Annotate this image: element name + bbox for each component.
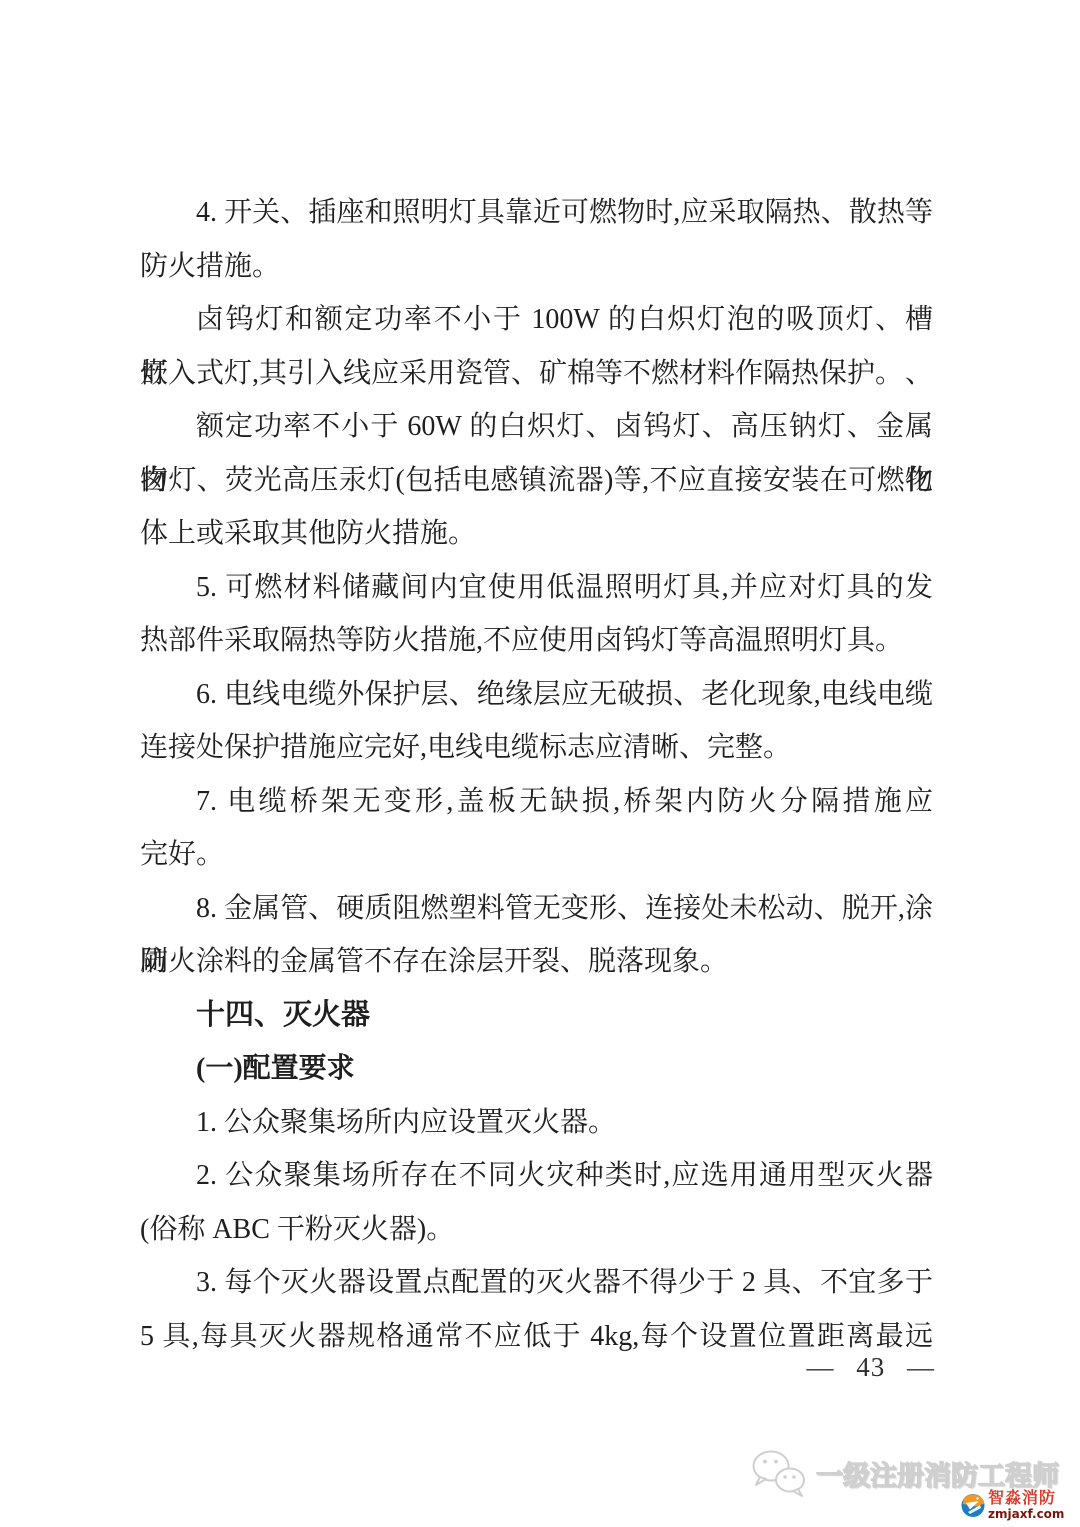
text-line: 7. 电缆桥架无变形,盖板无缺损,桥架内防火分隔措施应 bbox=[140, 775, 933, 829]
text-line: 嵌入式灯,其引入线应采用瓷管、矿棉等不燃材料作隔热保护。 bbox=[140, 347, 933, 401]
zhimiao-fire-logo-icon bbox=[961, 1493, 985, 1518]
logo-domain-link[interactable]: zmjaxf.com bbox=[988, 1508, 1064, 1520]
text-line: 卤钨灯和额定功率不小于 100W 的白炽灯泡的吸顶灯、槽灯、 bbox=[140, 293, 933, 347]
text-line: (一)配置要求 bbox=[140, 1042, 933, 1096]
text-line: (俗称 ABC 干粉灭火器)。 bbox=[140, 1203, 933, 1257]
text-line: 2. 公众聚集场所存在不同火灾种类时,应选用通用型灭火器 bbox=[140, 1149, 933, 1203]
document-body: 4. 开关、插座和照明灯具靠近可燃物时,应采取隔热、散热等防火措施。卤钨灯和额定… bbox=[140, 186, 933, 1363]
wechat-icon bbox=[748, 1446, 810, 1500]
text-line: 防火措施。 bbox=[140, 240, 933, 294]
text-line: 连接处保护措施应完好,电线电缆标志应清晰、完整。 bbox=[140, 721, 933, 775]
text-line: 8. 金属管、硬质阻燃塑料管无变形、连接处未松动、脱开,涂刷 bbox=[140, 882, 933, 936]
text-line: 热部件采取隔热等防火措施,不应使用卤钨灯等高温照明灯具。 bbox=[140, 614, 933, 668]
text-line: 物灯、荧光高压汞灯(包括电感镇流器)等,不应直接安装在可燃物 bbox=[140, 454, 933, 508]
text-line: 5. 可燃材料储藏间内宜使用低温照明灯具,并应对灯具的发 bbox=[140, 561, 933, 615]
text-line: 6. 电线电缆外保护层、绝缘层应无破损、老化现象,电线电缆 bbox=[140, 668, 933, 722]
watermark-text: 一级注册消防工程师 bbox=[816, 1454, 1059, 1493]
site-logo[interactable]: 智淼消防 zmjaxf.com bbox=[961, 1491, 1064, 1520]
text-line: 3. 每个灭火器设置点配置的灭火器不得少于 2 具、不宜多于 bbox=[140, 1256, 933, 1310]
text-line: 1. 公众聚集场所内应设置灭火器。 bbox=[140, 1096, 933, 1150]
logo-name: 智淼消防 bbox=[988, 1491, 1064, 1507]
text-line: 体上或采取其他防火措施。 bbox=[140, 507, 933, 561]
text-line: 4. 开关、插座和照明灯具靠近可燃物时,应采取隔热、散热等 bbox=[140, 186, 933, 240]
text-line: 额定功率不小于 60W 的白炽灯、卤钨灯、高压钠灯、金属卤化 bbox=[140, 400, 933, 454]
page-number: — 43 — bbox=[807, 1352, 936, 1383]
text-line: 防火涂料的金属管不存在涂层开裂、脱落现象。 bbox=[140, 935, 933, 989]
text-line: 完好。 bbox=[140, 828, 933, 882]
document-page: 4. 开关、插座和照明灯具靠近可燃物时,应采取隔热、散热等防火措施。卤钨灯和额定… bbox=[0, 0, 1080, 1527]
text-line: 十四、灭火器 bbox=[140, 989, 933, 1043]
